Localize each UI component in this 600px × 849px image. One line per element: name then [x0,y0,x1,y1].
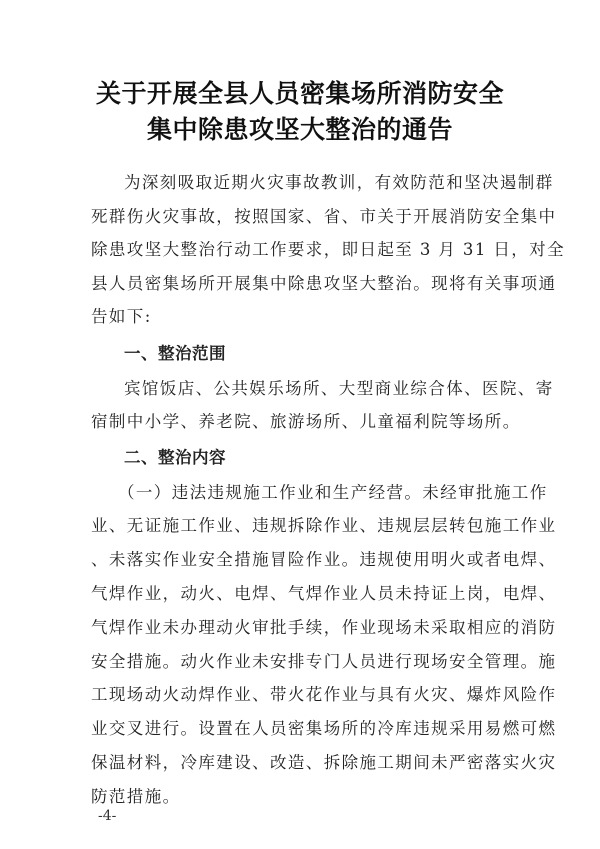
section2-line-1: （一）违法违规施工作业和生产经营。未经审批施工作 [118,479,536,503]
section2-line-5: 气焊作业未办理动火审批手续，作业现场未采取相应的消防 [91,614,509,638]
section2-heading: 二、整治内容 [124,444,509,468]
section2-line-2: 业、无证施工作业、违规拆除作业、违规层层转包施工作业 [91,512,509,536]
section2-line-10: 防范措施。 [91,783,509,807]
section1-line-1: 宾馆饭店、公共娱乐场所、大型商业综合体、医院、寄 [124,375,509,399]
section1-line-2: 宿制中小学、养老院、旅游场所、儿童福利院等场所。 [91,408,509,432]
page-number: -4- [98,808,116,824]
intro-line-4: 县人员密集场所开展集中除患攻坚大整治。现将有关事项通 [91,270,509,294]
section2-line-7: 工现场动火动焊作业、带火花作业与具有火灾、爆炸风险作 [91,681,509,705]
section2-line-9: 保温材料，冷库建设、改造、拆除施工期间未严密落实火灾 [91,749,509,773]
intro-line-1: 为深刻吸取近期火灾事故教训，有效防范和坚决遏制群 [124,169,509,193]
intro-line-2: 死群伤火灾事故，按照国家、省、市关于开展消防安全集中 [91,203,509,227]
intro-line-3: 除患攻坚大整治行动工作要求，即日起至 3 月 31 日，对全 [91,236,509,260]
section1-heading: 一、整治范围 [124,340,509,364]
title-line-2: 集中除患攻坚大整治的通告 [0,110,600,146]
section2-line-4: 气焊作业，动火、电焊、气焊作业人员未持证上岗，电焊、 [91,580,509,604]
intro-line-5: 告如下: [91,303,509,327]
section2-line-8: 业交叉进行。设置在人员密集场所的冷库违规采用易燃可燃 [91,715,509,739]
section2-line-6: 安全措施。动火作业未安排专门人员进行现场安全管理。施 [91,648,509,672]
title-line-1: 关于开展全县人员密集场所消防安全 [0,74,600,110]
section2-line-3: 、未落实作业安全措施冒险作业。违规使用明火或者电焊、 [91,546,509,570]
